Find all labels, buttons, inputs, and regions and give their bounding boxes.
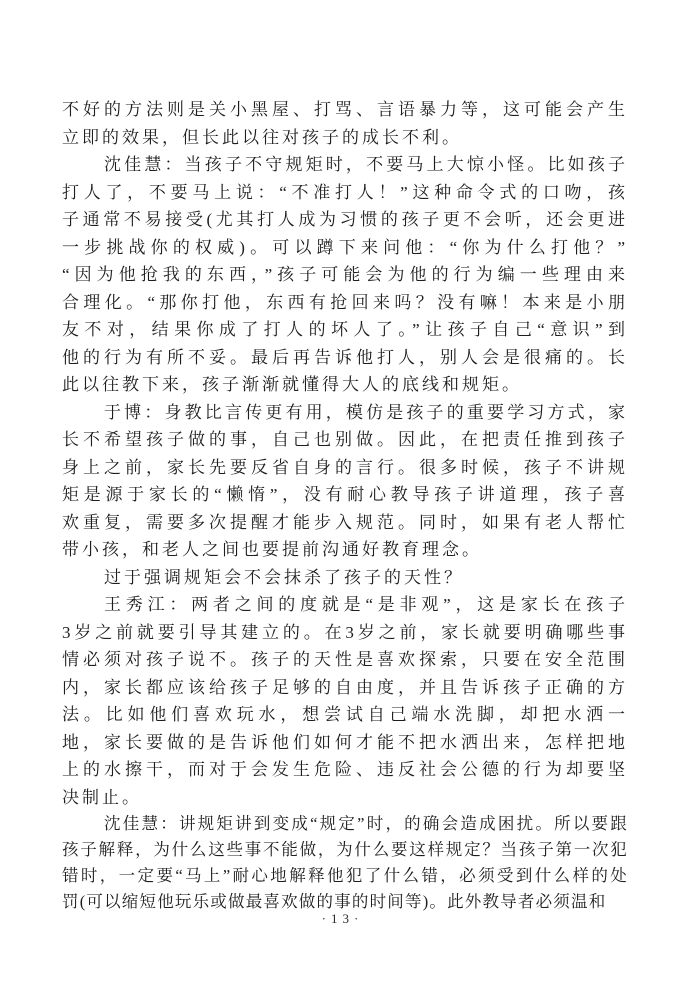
page-number: ·13· <box>322 911 364 926</box>
text-line: 地，家长要做的是告诉他们如何才能不把水洒出来，怎样把地 <box>62 729 628 757</box>
text-line: 打人了，不要马上说：“不准打人！”这种命令式的口吻，孩 <box>62 179 628 207</box>
text-line: 上的水擦干，而对于会发生危险、违反社会公德的行为却要坚 <box>62 756 628 784</box>
text-line: 沈佳慧：当孩子不守规矩时，不要马上大惊小怪。比如孩子 <box>62 151 628 179</box>
shen-jiahui-answer: 沈佳慧：当孩子不守规矩时，不要马上大惊小怪。比如孩子打人了，不要马上说：“不准打… <box>62 151 628 399</box>
text-block: 不好的方法则是关小黑屋、打骂、言语暴力等，这可能会产生立即的效果，但长此以往对孩… <box>62 96 628 915</box>
text-line: 决制止。 <box>62 784 628 812</box>
interviewer-question: 过于强调规矩会不会抹杀了孩子的天性？ <box>62 564 628 592</box>
continued-paragraph: 不好的方法则是关小黑屋、打骂、言语暴力等，这可能会产生立即的效果，但长此以往对孩… <box>62 96 628 151</box>
text-line: 过于强调规矩会不会抹杀了孩子的天性？ <box>62 564 628 592</box>
text-line: 长不希望孩子做的事，自己也别做。因此，在把责任推到孩子 <box>62 426 628 454</box>
text-line: 子通常不易接受(尤其打人成为习惯的孩子更不会听，还会更进 <box>62 206 628 234</box>
page-footer: ·13· <box>0 910 685 928</box>
text-line: 欢重复，需要多次提醒才能步入规范。同时，如果有老人帮忙 <box>62 509 628 537</box>
text-line: “因为他抢我的东西，”孩子可能会为他的行为编一些理由来 <box>62 261 628 289</box>
text-line: 内，家长都应该给孩子足够的自由度，并且告诉孩子正确的方 <box>62 674 628 702</box>
text-line: 身上之前，家长先要反省自身的言行。很多时候，孩子不讲规 <box>62 454 628 482</box>
text-line: 法。比如他们喜欢玩水，想尝试自己端水洗脚，却把水洒一 <box>62 701 628 729</box>
text-line: 合理化。“那你打他，东西有抢回来吗？没有嘛！本来是小朋 <box>62 289 628 317</box>
shen-jiahui-answer-2: 沈佳慧：讲规矩讲到变成“规定”时，的确会造成困扰。所以要跟孩子解释，为什么这些事… <box>62 811 628 915</box>
text-line: 此以往教下来，孩子渐渐就懂得大人的底线和规矩。 <box>62 371 628 399</box>
text-line: 一步挑战你的权威)。可以蹲下来问他：“你为什么打他？” <box>62 234 628 262</box>
text-line: 立即的效果，但长此以往对孩子的成长不利。 <box>62 124 628 152</box>
text-line: 错时，一定要“马上”耐心地解释他犯了什么错，必须受到什么样的处 <box>62 863 628 889</box>
text-line: 王秀江：两者之间的度就是“是非观”，这是家长在孩子 <box>62 591 628 619</box>
text-line: 3岁之前就要引导其建立的。在3岁之前，家长就要明确哪些事 <box>62 619 628 647</box>
text-line: 沈佳慧：讲规矩讲到变成“规定”时，的确会造成困扰。所以要跟 <box>62 811 628 837</box>
text-line: 情必须对孩子说不。孩子的天性是喜欢探索，只要在安全范围 <box>62 646 628 674</box>
text-line: 于博：身教比言传更有用，模仿是孩子的重要学习方式，家 <box>62 399 628 427</box>
yu-bo-answer: 于博：身教比言传更有用，模仿是孩子的重要学习方式，家长不希望孩子做的事，自己也别… <box>62 399 628 564</box>
document-page: 不好的方法则是关小黑屋、打骂、言语暴力等，这可能会产生立即的效果，但长此以往对孩… <box>0 0 685 992</box>
wang-xiujiang-answer: 王秀江：两者之间的度就是“是非观”，这是家长在孩子3岁之前就要引导其建立的。在3… <box>62 591 628 811</box>
text-line: 孩子解释，为什么这些事不能做，为什么要这样规定？当孩子第一次犯 <box>62 837 628 863</box>
text-line: 友不对，结果你成了打人的坏人了。”让孩子自己“意识”到 <box>62 316 628 344</box>
text-line: 不好的方法则是关小黑屋、打骂、言语暴力等，这可能会产生 <box>62 96 628 124</box>
text-line: 带小孩，和老人之间也要提前沟通好教育理念。 <box>62 536 628 564</box>
text-line: 矩是源于家长的“懒惰”，没有耐心教导孩子讲道理，孩子喜 <box>62 481 628 509</box>
text-line: 他的行为有所不妥。最后再告诉他打人，别人会是很痛的。长 <box>62 344 628 372</box>
